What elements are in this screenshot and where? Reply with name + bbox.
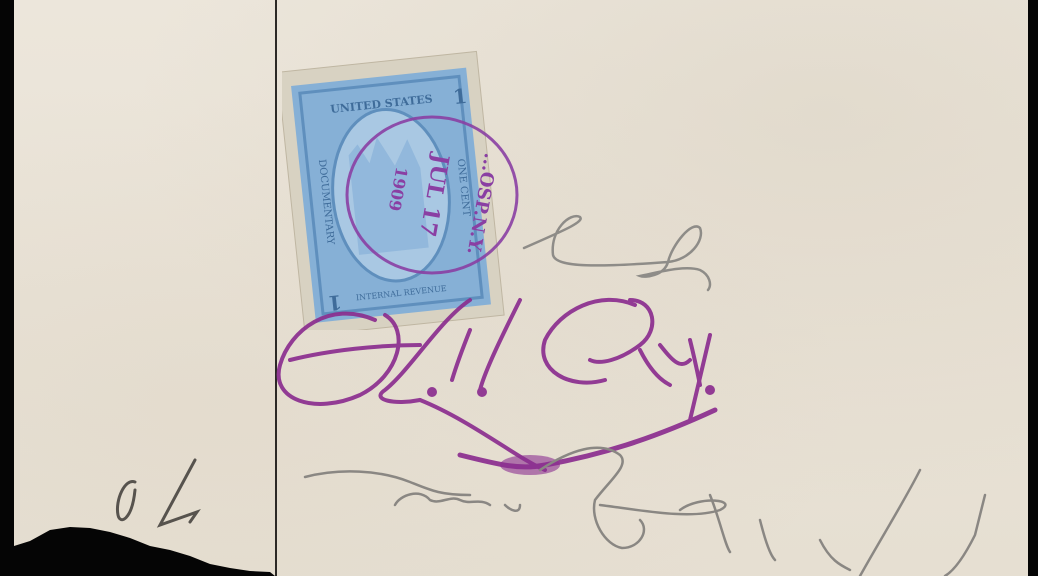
pencil-number-70 (117, 460, 197, 525)
pencil-date-line (305, 448, 985, 576)
ink-blot (500, 455, 560, 475)
pencil-scribble (524, 216, 710, 290)
ink-and-pencil-overlay (0, 0, 1038, 576)
purple-signature (279, 300, 715, 470)
